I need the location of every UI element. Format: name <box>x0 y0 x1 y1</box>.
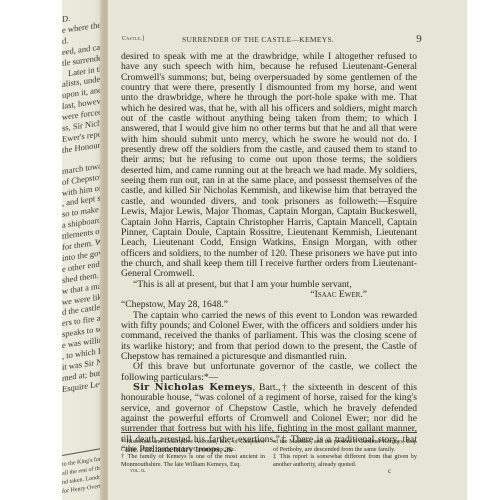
body-text: desired to speak with me at the drawbrid… <box>121 52 417 455</box>
facing-page-line: d. <box>62 35 68 46</box>
footnote-rule <box>121 432 417 433</box>
paragraph-closing: “This is all at present, but that I am y… <box>121 280 417 290</box>
running-title: SURRENDER OF THE CASTLE—KEMEYS. <box>182 35 334 44</box>
running-header: Castle.] SURRENDER OF THE CASTLE—KEMEYS.… <box>122 35 416 47</box>
signature-mark: c <box>388 467 391 475</box>
footnote-column-right: of the Malndee, and the present J. Gardi… <box>273 438 417 468</box>
footnote-2: † The family of Kemeys is one of the mos… <box>121 453 265 468</box>
paragraph-aftermath: The captain who carried the news of this… <box>121 311 417 363</box>
book-page: Castle.] SURRENDER OF THE CASTLE—KEMEYS.… <box>108 0 467 500</box>
footnotes: * Historical and Descriptive Account, &c… <box>121 438 417 468</box>
section-label: Castle.] <box>122 36 144 42</box>
facing-page-line: D. <box>62 13 70 24</box>
name-blackletter: Sir Nicholas Kemeys <box>133 382 253 393</box>
paragraph-intro-governor: Of this brave but unfortunate governor o… <box>121 362 417 383</box>
volume-mark: vol. ii. <box>130 468 145 474</box>
footnote-1: * Historical and Descriptive Account, &c… <box>121 438 265 453</box>
footnote-2-cont: of the Malndee, and the present J. Gardi… <box>273 438 417 453</box>
paragraph-letter: desired to speak with me at the drawbrid… <box>121 52 417 280</box>
page-number: 9 <box>416 33 422 45</box>
footnote-3: ‡ This report is somewhat different from… <box>273 453 417 468</box>
footnote-column-left: * Historical and Descriptive Account, &c… <box>121 438 265 468</box>
